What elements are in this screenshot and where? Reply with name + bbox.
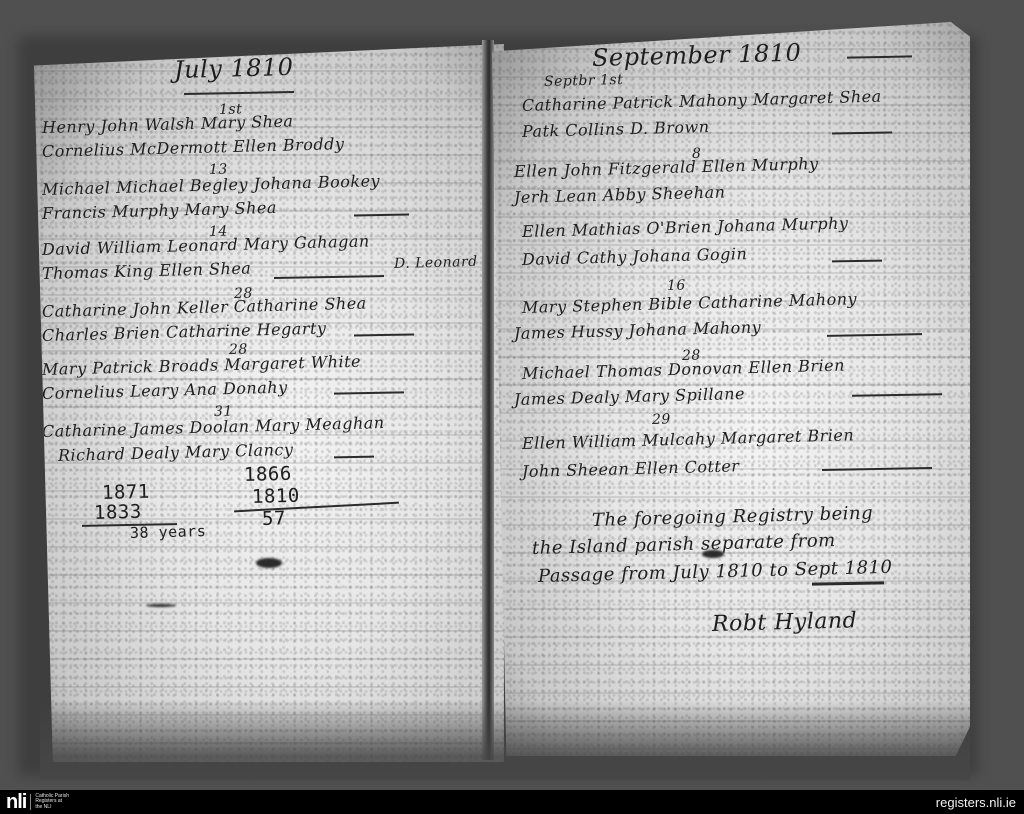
heading-underline xyxy=(184,91,294,94)
day-marker: Septbr 1st xyxy=(544,72,624,90)
page-bottom-shadow xyxy=(40,700,970,780)
register-line: Mary Stephen Bible Catharine Mahony xyxy=(522,289,858,317)
register-line: Ellen John Fitzgerald Ellen Murphy xyxy=(514,154,819,181)
register-line: Richard Dealy Mary Clancy xyxy=(58,440,294,465)
nli-branding[interactable]: nli Catholic Parish Registers at the NLI xyxy=(0,790,69,814)
ink-blot xyxy=(702,550,724,558)
logo-caption-line: the NLI xyxy=(35,805,69,811)
register-line: Charles Brien Catharine Hegarty xyxy=(42,319,327,345)
book-gutter xyxy=(482,40,494,760)
dash-line xyxy=(354,333,414,336)
dash-line xyxy=(274,275,384,278)
register-line: Michael Thomas Donovan Ellen Brien xyxy=(522,356,845,383)
left-page: July 1810 1st Henry John Walsh Mary Shea… xyxy=(34,44,504,762)
register-line: Catharine John Keller Catharine Shea xyxy=(42,294,367,321)
ink-mark xyxy=(146,604,176,607)
right-page: September 1810 Septbr 1st Catharine Patr… xyxy=(492,22,970,756)
right-page-heading: September 1810 xyxy=(592,39,802,72)
dash-line xyxy=(334,456,374,458)
register-line: James Hussy Johana Mahony xyxy=(514,318,762,343)
register-line: Thomas King Ellen Shea xyxy=(42,259,252,283)
register-line: Ellen Mathias O'Brien Johana Murphy xyxy=(522,213,849,241)
dash-line xyxy=(832,260,882,262)
tally-top-2: 1866 xyxy=(244,463,292,486)
nli-logo: nli xyxy=(6,792,26,812)
register-line: Catharine James Doolan Mary Meaghan xyxy=(42,413,385,441)
day-marker: 29 xyxy=(652,412,671,428)
site-link[interactable]: registers.nli.ie xyxy=(936,795,1024,810)
register-line: Patk Collins D. Brown xyxy=(522,117,710,141)
register-line: Michael Michael Begley Johana Bookey xyxy=(42,171,381,199)
dash-line xyxy=(827,333,922,336)
register-line: Ellen William Mulcahy Margaret Brien xyxy=(522,425,855,453)
footer-bar: nli Catholic Parish Registers at the NLI… xyxy=(0,790,1024,814)
dash-line xyxy=(354,214,409,216)
dash-line xyxy=(832,131,892,134)
register-line: Catharine Patrick Mahony Margaret Shea xyxy=(522,87,882,115)
day-marker: 16 xyxy=(667,278,686,294)
register-line: John Sheean Ellen Cotter xyxy=(522,456,740,481)
tally-result-2: 57 xyxy=(262,507,286,530)
register-line: David Cathy Johana Gogin xyxy=(522,244,748,269)
logo-caption: Catholic Parish Registers at the NLI xyxy=(35,794,69,811)
register-line: David William Leonard Mary Gahagan xyxy=(42,231,370,259)
tally-bottom-2: 1810 xyxy=(252,485,300,508)
priest-signature: Robt Hyland xyxy=(712,608,858,637)
register-line: Cornelius McDermott Ellen Broddy xyxy=(42,134,345,161)
tally-bottom-1: 1833 xyxy=(94,501,142,524)
margin-note: D. Leonard xyxy=(394,254,478,272)
dash-line xyxy=(812,581,884,585)
register-line: Jerh Lean Abby Sheehan xyxy=(514,182,726,207)
dash-line xyxy=(847,55,912,58)
dash-line xyxy=(822,467,932,470)
closing-note-line: the Island parish separate from xyxy=(532,530,836,559)
register-line: Francis Murphy Mary Shea xyxy=(42,198,277,223)
dash-line xyxy=(852,393,942,396)
register-line: Mary Patrick Broads Margaret White xyxy=(42,352,361,379)
register-line: Cornelius Leary Ana Donahy xyxy=(42,378,288,403)
register-line: Henry John Walsh Mary Shea xyxy=(42,111,294,137)
ink-blot xyxy=(256,558,282,568)
dash-line xyxy=(334,391,404,394)
register-image-viewer[interactable]: July 1810 1st Henry John Walsh Mary Shea… xyxy=(0,0,1024,790)
tally-result-1: 38 years xyxy=(130,522,207,542)
closing-note-line: The foregoing Registry being xyxy=(592,503,874,531)
register-line: James Dealy Mary Spillane xyxy=(514,384,745,409)
logo-divider xyxy=(30,794,31,810)
